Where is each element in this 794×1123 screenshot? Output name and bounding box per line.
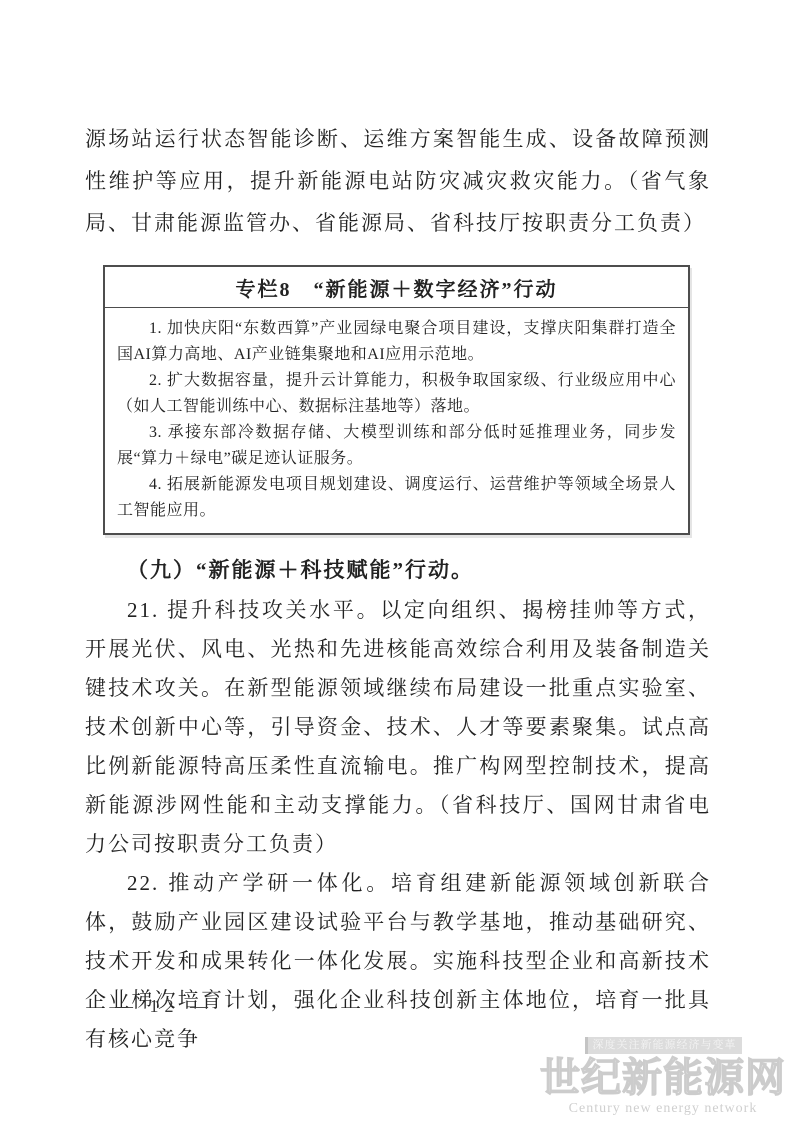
document-content: 源场站运行状态智能诊断、运维方案智能生成、设备故障预测性维护等应用，提升新能源电… (85, 118, 711, 1059)
column-box-title: 专栏8 “新能源＋数字经济”行动 (105, 267, 688, 308)
watermark-logo-text: 世纪新能源网 (538, 1055, 788, 1101)
column-box-8: 专栏8 “新能源＋数字经济”行动 1. 加快庆阳“东数西算”产业园绿电聚合项目建… (103, 265, 690, 535)
column-box-item-1: 1. 加快庆阳“东数西算”产业园绿电聚合项目建设，支撑庆阳集群打造全国AI算力高… (117, 316, 676, 368)
column-box-body: 1. 加快庆阳“东数西算”产业园绿电聚合项目建设，支撑庆阳集群打造全国AI算力高… (105, 308, 688, 533)
page-number: — 12 — (115, 996, 214, 1017)
watermark-tagline: 深度关注新能源经济与变革 (585, 1037, 742, 1054)
paragraph-22: 22. 推动产学研一体化。培育组建新能源领域创新联合体，鼓励产业园区建设试验平台… (85, 864, 711, 1059)
paragraph-continuation: 源场站运行状态智能诊断、运维方案智能生成、设备故障预测性维护等应用，提升新能源电… (85, 118, 711, 244)
document-page: 源场站运行状态智能诊断、运维方案智能生成、设备故障预测性维护等应用，提升新能源电… (0, 0, 794, 1123)
section-heading-nine: （九）“新能源＋科技赋能”行动。 (85, 549, 711, 591)
watermark-subtitle: Century new energy network (538, 1101, 788, 1117)
column-box-item-4: 4. 拓展新能源发电项目规划建设、调度运行、运营维护等领域全场景人工智能应用。 (117, 472, 676, 524)
column-box-item-3: 3. 承接东部冷数据存储、大模型训练和部分低时延推理业务，同步发展“算力＋绿电”… (117, 420, 676, 472)
paragraph-21: 21. 提升科技攻关水平。以定向组织、揭榜挂帅等方式，开展光伏、风电、光热和先进… (85, 591, 711, 864)
site-watermark: 深度关注新能源经济与变革 世纪新能源网 Century new energy n… (538, 1035, 788, 1117)
column-box-item-2: 2. 扩大数据容量，提升云计算能力，积极争取国家级、行业级应用中心（如人工智能训… (117, 368, 676, 420)
